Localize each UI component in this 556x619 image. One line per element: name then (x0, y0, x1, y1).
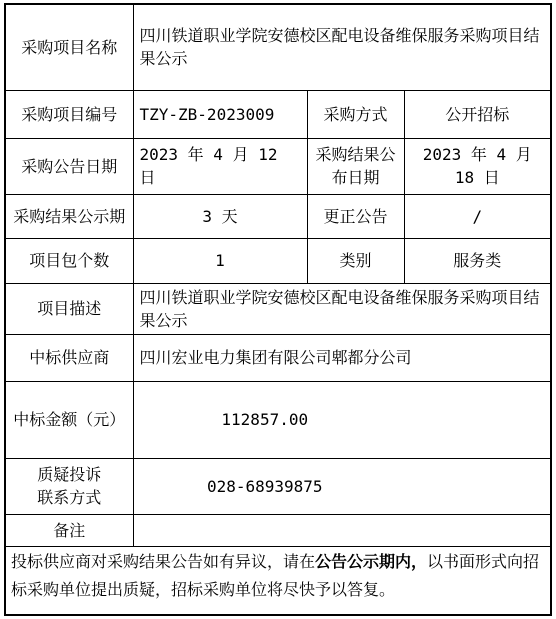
row-winning-supplier: 中标供应商 四川宏业电力集团有限公司郫都分公司 (5, 334, 551, 381)
announcement-date-value: 2023 年 4 月 12 日 (133, 138, 307, 194)
category-label: 类别 (307, 238, 404, 283)
row-project-description: 项目描述 四川铁道职业学院安德校区配电设备维保服务采购项目结果公示 (5, 283, 551, 334)
winning-supplier-label: 中标供应商 (5, 334, 133, 381)
remarks-label: 备注 (5, 514, 133, 546)
notice-text-bold: 公告公示期内， (315, 552, 427, 571)
complaint-contact-value: 028-68939875 (133, 458, 551, 514)
category-value: 服务类 (404, 238, 551, 283)
row-package-count: 项目包个数 1 类别 服务类 (5, 238, 551, 283)
remarks-value (133, 514, 551, 546)
notice-text-before: 投标供应商对采购结果公告如有异议，请在 (11, 552, 315, 571)
package-count-label: 项目包个数 (5, 238, 133, 283)
result-publish-date-label: 采购结果公 布日期 (307, 138, 404, 194)
publicity-period-value: 3 天 (133, 194, 307, 238)
procurement-method-value: 公开招标 (404, 90, 551, 138)
announcement-date-label: 采购公告日期 (5, 138, 133, 194)
winning-amount-label: 中标金额（元） (5, 381, 133, 458)
project-description-label: 项目描述 (5, 283, 133, 334)
row-notice: 投标供应商对采购结果公告如有异议，请在公告公示期内，以书面形式向招标采购单位提出… (5, 546, 551, 615)
row-project-name: 采购项目名称 四川铁道职业学院安德校区配电设备维保服务采购项目结果公示 (5, 4, 551, 90)
complaint-contact-label: 质疑投诉 联系方式 (5, 458, 133, 514)
row-remarks: 备注 (5, 514, 551, 546)
row-winning-amount: 中标金额（元） 112857.00 (5, 381, 551, 458)
procurement-result-table: 采购项目名称 四川铁道职业学院安德校区配电设备维保服务采购项目结果公示 采购项目… (4, 3, 552, 616)
project-name-label: 采购项目名称 (5, 4, 133, 90)
row-complaint-contact: 质疑投诉 联系方式 028-68939875 (5, 458, 551, 514)
result-publish-date-value: 2023 年 4 月 18 日 (404, 138, 551, 194)
winning-amount-value: 112857.00 (133, 381, 551, 458)
notice-text: 投标供应商对采购结果公告如有异议，请在公告公示期内，以书面形式向招标采购单位提出… (5, 546, 551, 615)
project-description-value: 四川铁道职业学院安德校区配电设备维保服务采购项目结果公示 (133, 283, 551, 334)
project-number-value: TZY-ZB-2023009 (133, 90, 307, 138)
package-count-value: 1 (133, 238, 307, 283)
row-publicity-period: 采购结果公示期 3 天 更正公告 / (5, 194, 551, 238)
publicity-period-label: 采购结果公示期 (5, 194, 133, 238)
correction-notice-label: 更正公告 (307, 194, 404, 238)
procurement-method-label: 采购方式 (307, 90, 404, 138)
project-number-label: 采购项目编号 (5, 90, 133, 138)
winning-supplier-value: 四川宏业电力集团有限公司郫都分公司 (133, 334, 551, 381)
row-project-number: 采购项目编号 TZY-ZB-2023009 采购方式 公开招标 (5, 90, 551, 138)
row-announcement-date: 采购公告日期 2023 年 4 月 12 日 采购结果公 布日期 2023 年 … (5, 138, 551, 194)
correction-notice-value: / (404, 194, 551, 238)
project-name-value: 四川铁道职业学院安德校区配电设备维保服务采购项目结果公示 (133, 4, 551, 90)
